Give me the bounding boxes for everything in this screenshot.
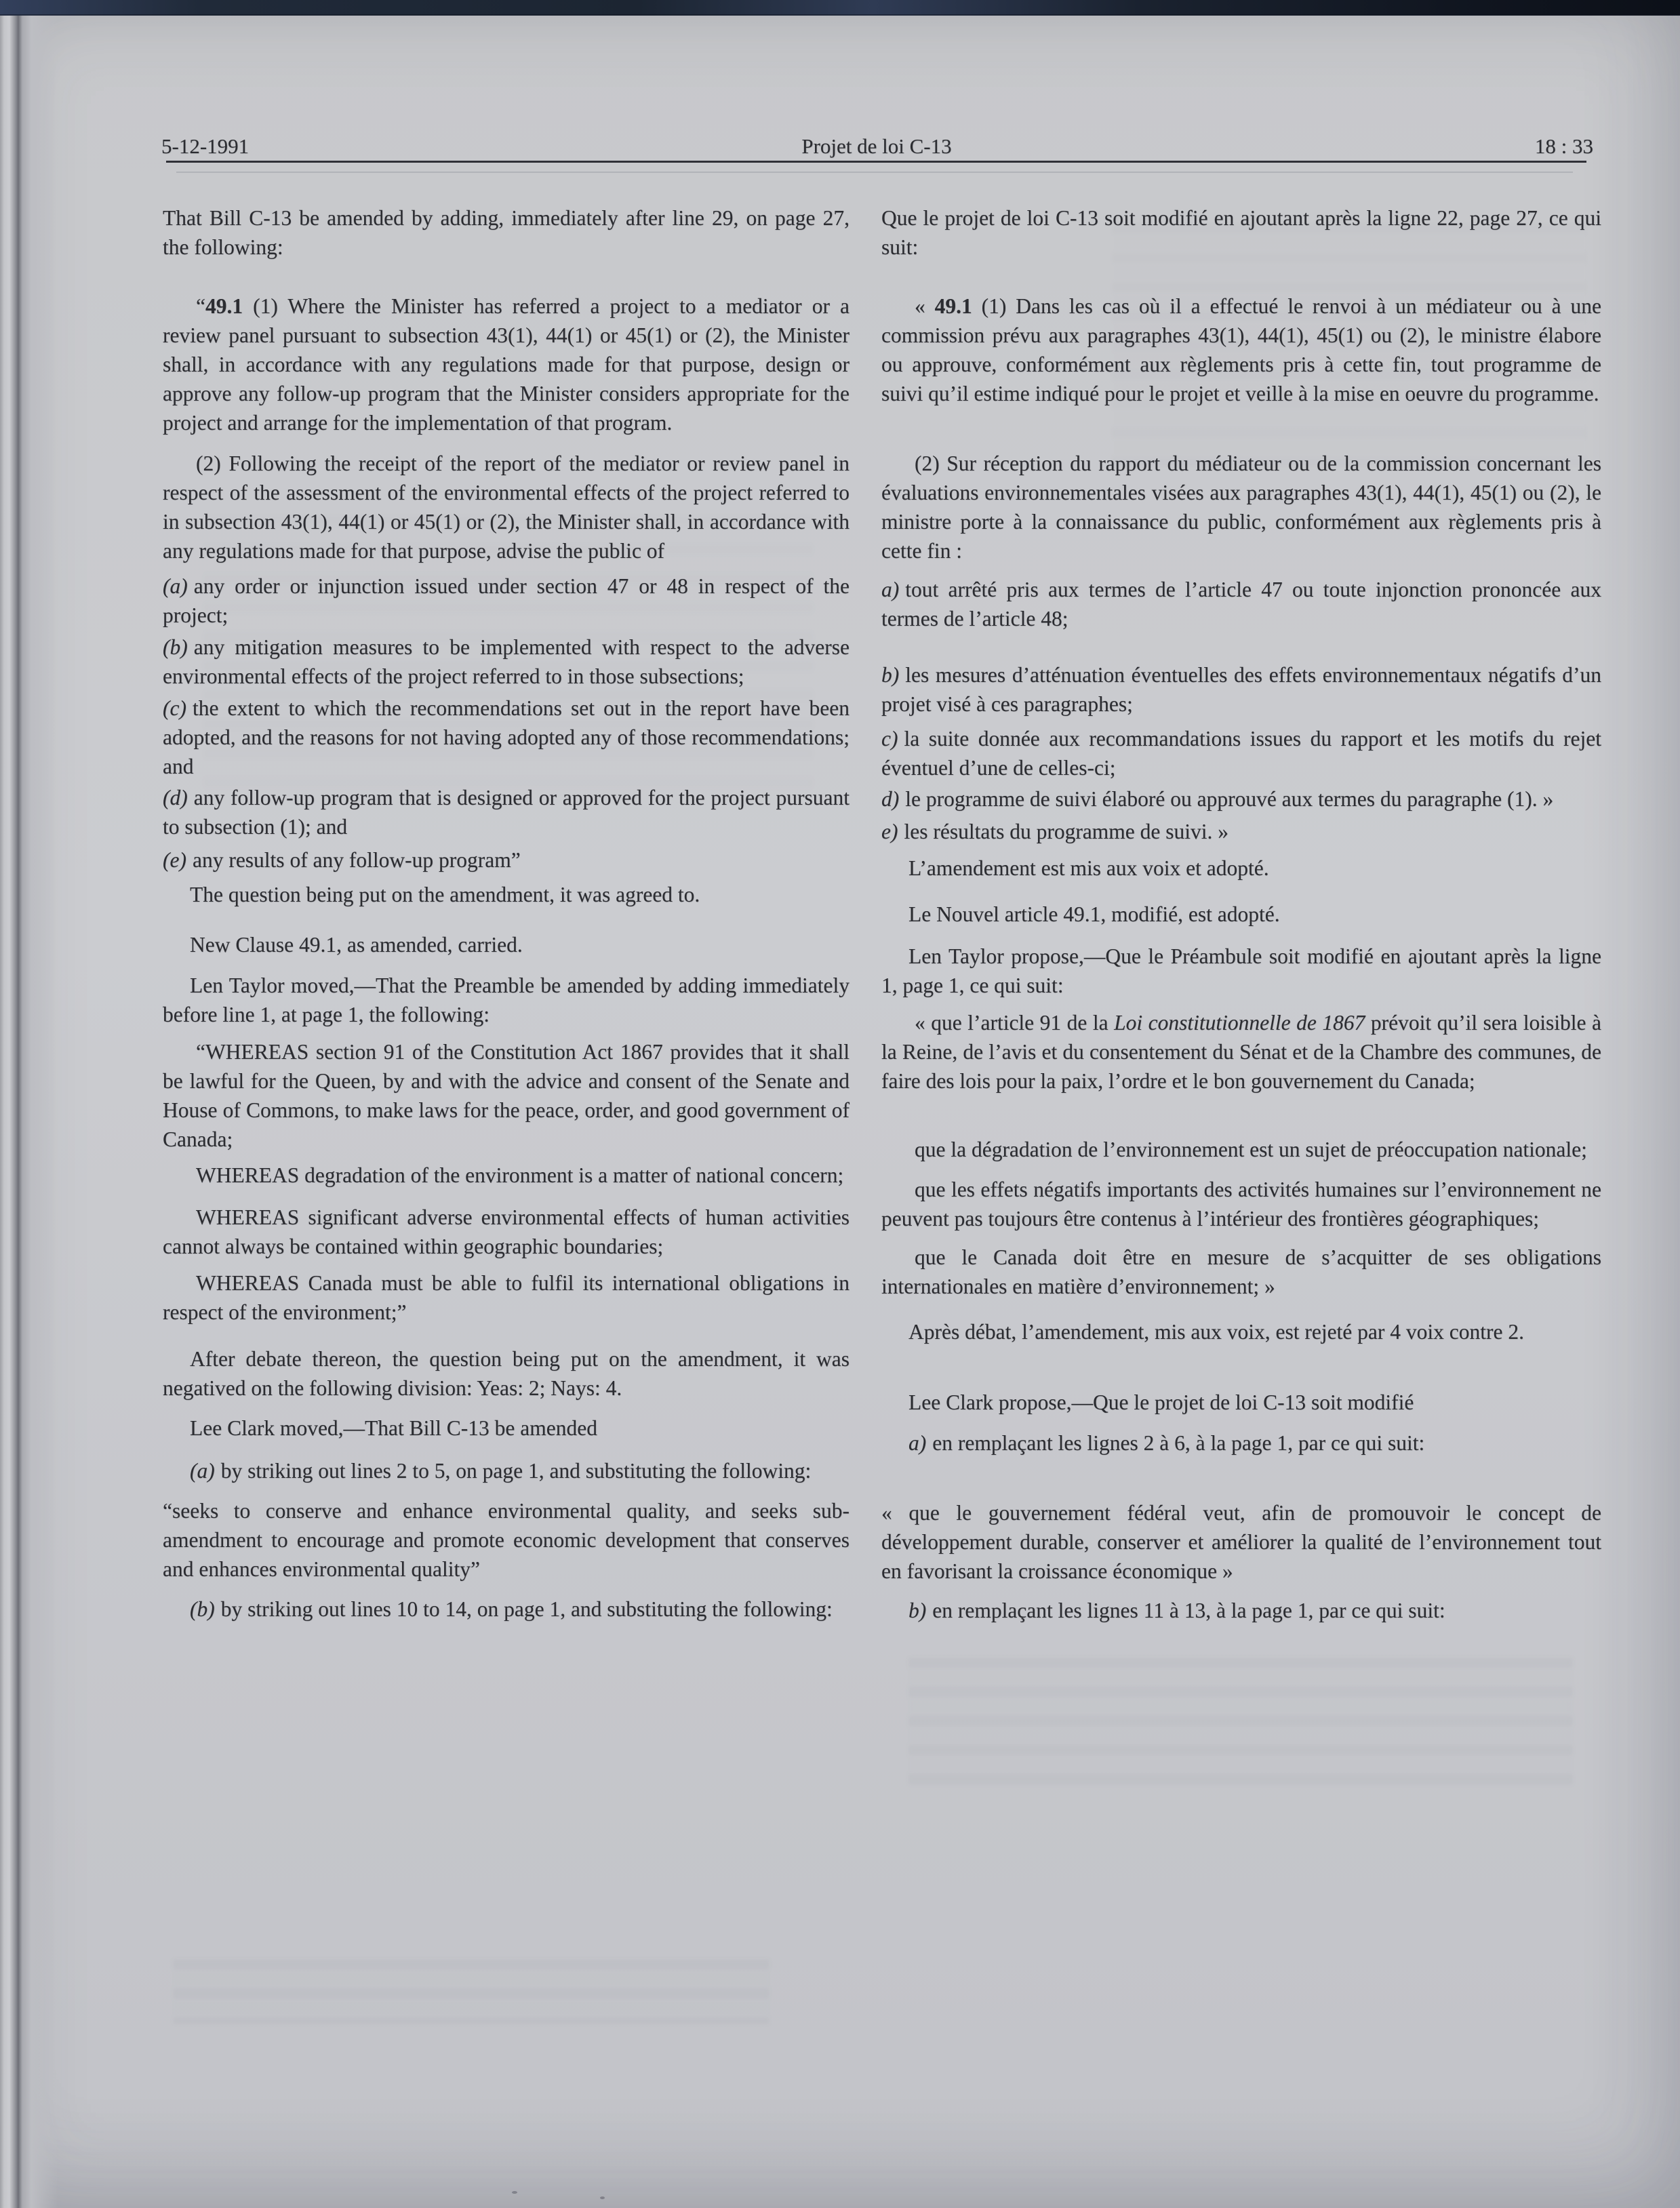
fr-motion-intro: Que le projet de loi C-13 soit modifié e… [881,203,1601,262]
item-marker: (b) [190,1597,215,1621]
item-marker: (a) [163,574,188,598]
fr-item-a: a)tout arrêté pris aux termes de l’artic… [881,575,1601,633]
en-whereas-3: WHEREAS significant adverse environmenta… [163,1203,849,1261]
item-text: any mitigation measures to be implemente… [163,635,849,688]
fr-taylor-motion: Len Taylor propose,—Que le Préambule soi… [881,942,1601,1000]
en-quoted-seeks-text: “seeks to conserve and enhance environme… [163,1496,849,1584]
en-clark-item-b: (b)by striking out lines 10 to 14, on pa… [163,1594,849,1624]
item-text: any results of any follow-up program” [193,848,521,872]
book-binding-edge [0,0,64,2208]
en-after-debate: After debate thereon, the question being… [163,1344,849,1403]
fr-item-c: c)la suite donnée aux recommandations is… [881,724,1601,782]
en-clark-item-a: (a)by striking out lines 2 to 5, on page… [163,1456,849,1485]
item-marker: (c) [163,696,186,720]
item-marker: a) [908,1431,926,1455]
fr-amendment-adopted: L’amendement est mis aux voix et adopté. [881,854,1601,883]
en-question-agreed: The question being put on the amendment,… [163,880,849,909]
item-text: en remplaçant les lignes 2 à 6, à la pag… [932,1431,1424,1455]
fr-clause-491-sub1: « 49.1 (1) Dans les cas où il a effectué… [881,292,1601,408]
clause-text: (1) Dans les cas où il a effectué le ren… [881,294,1601,405]
fr-clark-item-a: a)en remplaçant les lignes 2 à 6, à la p… [881,1428,1601,1458]
en-clause-491-sub2: (2) Following the receipt of the report … [163,449,849,565]
statute-title-italic: Loi constitutionnelle de 1867 [1114,1011,1365,1035]
item-marker: b) [908,1599,926,1622]
item-text: le programme de suivi élaboré ou approuv… [905,787,1553,811]
en-whereas-2: WHEREAS degradation of the environment i… [163,1161,849,1190]
bleedthrough-smudge [173,1959,769,2024]
scanned-minutes-page: 5-12-1991 Projet de loi C-13 18 : 33 Tha… [0,0,1680,2208]
en-clark-motion: Lee Clark moved,—That Bill C-13 be amend… [163,1413,849,1443]
item-text: any order or injunction issued under sec… [163,574,849,627]
header-rule [166,161,1586,163]
fr-clark-motion: Lee Clark propose,—Que le projet de loi … [881,1388,1601,1417]
fr-quoted-gouvernement-text: « que le gouvernement fédéral veut, afin… [881,1498,1601,1586]
open-quote: “ [196,294,205,318]
item-text: by striking out lines 2 to 5, on page 1,… [221,1459,812,1483]
en-item-a: (a)any order or injunction issued under … [163,571,849,630]
clause-number: 49.1 [935,294,972,318]
fr-clause-491-sub2: (2) Sur réception du rapport du médiateu… [881,449,1601,565]
fr-quoted-constitution: « que l’article 91 de la Loi constitutio… [881,1008,1601,1096]
fr-item-d: d)le programme de suivi élaboré ou appro… [881,784,1601,814]
open-quote: « [915,294,935,318]
en-item-c: (c)the extent to which the recommendatio… [163,694,849,781]
header-title: Projet de loi C-13 [801,133,951,160]
item-marker: a) [881,578,899,601]
item-text: by striking out lines 10 to 14, on page … [221,1597,833,1621]
en-item-b: (b)any mitigation measures to be impleme… [163,633,849,691]
item-text: any follow-up program that is designed o… [163,786,849,839]
en-item-e: (e)any results of any follow-up program” [163,845,849,875]
fr-item-b: b)les mesures d’atténuation éventuelles … [881,660,1601,719]
fr-clark-item-b: b)en remplaçant les lignes 11 à 13, à la… [881,1596,1601,1625]
header-date: 5-12-1991 [161,133,249,160]
en-whereas-4: WHEREAS Canada must be able to fulfil it… [163,1268,849,1327]
item-marker: (d) [163,786,188,809]
en-whereas-1: “WHEREAS section 91 of the Constitution … [163,1037,849,1154]
fr-que-canada-obligations: que le Canada doit être en mesure de s’a… [881,1243,1601,1301]
fr-new-article-adopted: Le Nouvel article 49.1, modifié, est ado… [881,900,1601,929]
french-column: Que le projet de loi C-13 soit modifié e… [881,203,1601,1625]
item-text: en remplaçant les lignes 11 à 13, à la p… [932,1599,1445,1622]
quote-pre-text: « que l’article 91 de la [915,1011,1114,1035]
item-marker: e) [881,820,898,843]
en-motion-intro: That Bill C-13 be amended by adding, imm… [163,203,849,262]
bleedthrough-smudge [908,1658,1573,1786]
clause-text: (1) Where the Minister has referred a pr… [163,294,849,435]
en-taylor-motion: Len Taylor moved,—That the Preamble be a… [163,971,849,1029]
header-rule-ghost [176,172,1573,173]
item-text: la suite donnée aux recommandations issu… [881,727,1601,780]
item-text: tout arrêté pris aux termes de l’article… [881,578,1601,630]
dust-speck [512,2191,517,2194]
item-marker: (a) [190,1459,215,1483]
item-marker: (b) [163,635,188,659]
fr-que-degradation: que la dégradation de l’environnement es… [881,1135,1601,1164]
fr-apres-debat: Après débat, l’amendement, mis aux voix,… [881,1317,1601,1346]
en-item-d: (d)any follow-up program that is designe… [163,783,849,841]
item-marker: c) [881,727,898,750]
en-new-clause-carried: New Clause 49.1, as amended, carried. [163,930,849,959]
clause-number: 49.1 [205,294,243,318]
fr-que-effets-negatifs: que les effets négatifs importants des a… [881,1175,1601,1233]
item-marker: d) [881,787,899,811]
english-column: That Bill C-13 be amended by adding, imm… [163,203,849,1624]
item-marker: (e) [163,848,186,872]
dust-speck [600,2196,605,2199]
item-marker: b) [881,663,899,687]
fr-item-e: e)les résultats du programme de suivi. » [881,817,1601,846]
item-text: les mesures d’atténuation éventuelles de… [881,663,1601,716]
header-page-number: 18 : 33 [1535,133,1593,160]
item-text: the extent to which the recommendations … [163,696,849,778]
item-text: les résultats du programme de suivi. » [904,820,1228,843]
scan-edge-top-bar [0,0,1680,16]
en-clause-491-sub1: “49.1 (1) Where the Minister has referre… [163,292,849,437]
